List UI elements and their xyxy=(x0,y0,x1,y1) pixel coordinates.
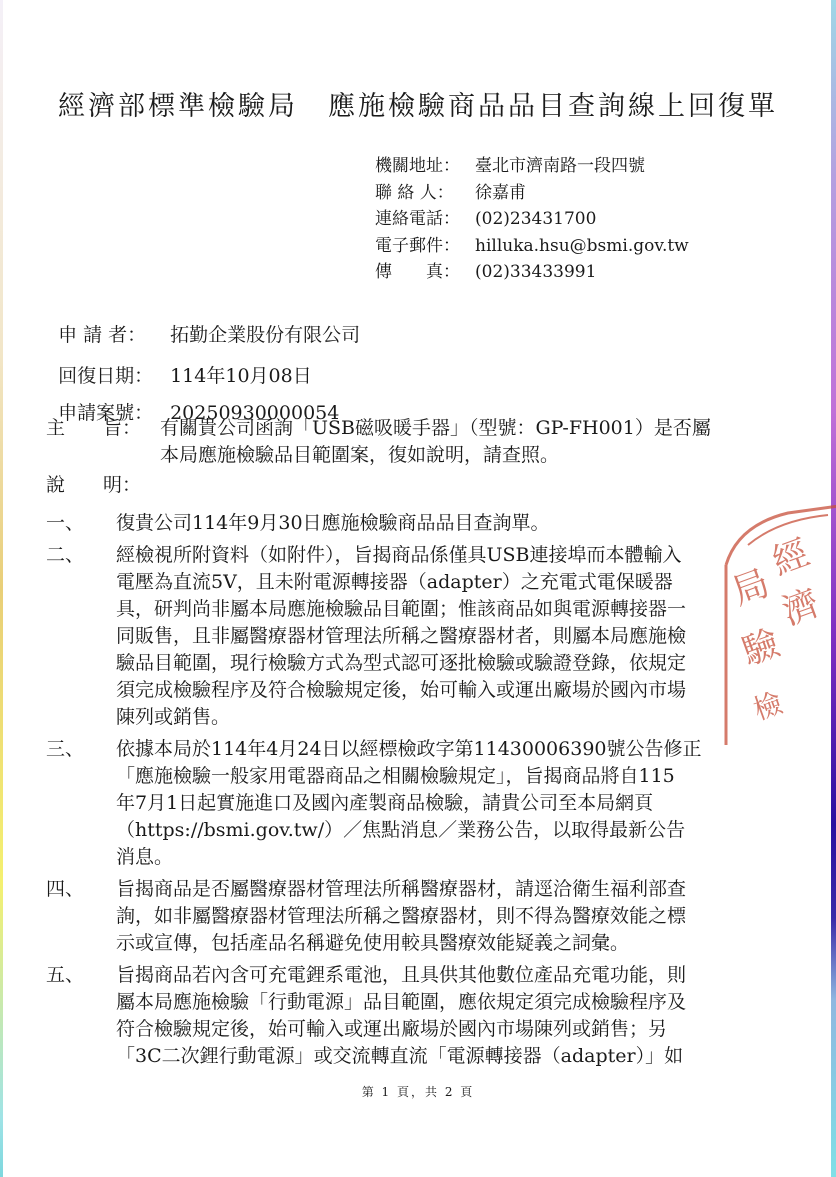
contact-block: 機關地址： 臺北市濟南路一段四號 聯 絡 人： 徐嘉甫 連絡電話： (02)23… xyxy=(375,153,689,286)
item-line: （https://bsmi.gov.tw/）／焦點消息／業務公告，以取得最新公告 xyxy=(116,817,796,844)
subject-line: 有關貴公司函詢「USB磁吸暖手器」（型號：GP-FH001）是否屬 xyxy=(160,415,790,442)
item-line: 旨揭商品若內含可充電鋰系電池，且具供其他數位產品充電功能，則 xyxy=(116,962,796,989)
item-number: 五、 xyxy=(46,962,116,1070)
contact-value: 徐嘉甫 xyxy=(475,180,526,207)
subject-line: 本局應施檢驗品目範圍案，復如說明，請查照。 xyxy=(160,442,790,469)
contact-value: hilluka.hsu@bsmi.gov.tw xyxy=(475,233,689,260)
right-edge-gradient xyxy=(831,0,836,1177)
item-line: 消息。 xyxy=(116,844,796,871)
contact-value: (02)23431700 xyxy=(475,206,596,233)
document-title: 經濟部標準檢驗局 應施檢驗商品品目查詢線上回復單 xyxy=(0,84,836,123)
item-number: 四、 xyxy=(46,876,116,957)
item-line: 示或宣傳，包括產品名稱避免使用較具醫療效能疑義之詞彙。 xyxy=(116,930,796,957)
item-line: 復貴公司114年9月30日應施檢驗商品品目查詢單。 xyxy=(116,510,796,537)
contact-label: 電子郵件： xyxy=(375,233,475,260)
page-footer: 第 1 頁，共 2 頁 xyxy=(0,1083,836,1100)
item-line: 旨揭商品是否屬醫療器材管理法所稱醫療器材，請逕洽衛生福利部查 xyxy=(116,876,796,903)
item-line: 電壓為直流5V，且未附電源轉接器（adapter）之充電式電保暖器 xyxy=(116,569,796,596)
item-number: 一、 xyxy=(46,510,116,537)
item-line: 「3C二次鋰行動電源」或交流轉直流「電源轉接器（adapter）」如 xyxy=(116,1043,796,1070)
item-line: 依據本局於114年4月24日以經標檢政字第11430006390號公告修正 xyxy=(116,736,796,763)
item-line: 年7月1日起實施進口及國內產製商品檢驗，請貴公司至本局網頁 xyxy=(116,790,796,817)
explanation-item-3: 三、 依據本局於114年4月24日以經標檢政字第11430006390號公告修正… xyxy=(46,736,806,871)
contact-value: 臺北市濟南路一段四號 xyxy=(475,153,645,180)
contact-value: (02)33433991 xyxy=(475,259,596,286)
subject-body: 有關貴公司函詢「USB磁吸暖手器」（型號：GP-FH001）是否屬 本局應施檢驗… xyxy=(160,415,790,469)
contact-phone: 連絡電話： (02)23431700 xyxy=(375,206,689,233)
item-line: 符合檢驗規定後，始可輸入或運出廠場於國內市場陳列或銷售；另 xyxy=(116,1016,796,1043)
item-number: 二、 xyxy=(46,542,116,731)
contact-person: 聯 絡 人： 徐嘉甫 xyxy=(375,180,689,207)
item-line: 屬本局應施檢驗「行動電源」品目範圍，應依規定須完成檢驗程序及 xyxy=(116,989,796,1016)
explanation-item-5: 五、 旨揭商品若內含可充電鋰系電池，且具供其他數位產品充電功能，則 屬本局應施檢… xyxy=(46,962,806,1070)
contact-label: 傳 真： xyxy=(375,259,475,286)
contact-label: 連絡電話： xyxy=(375,206,475,233)
item-line: 同販售，且非屬醫療器材管理法所稱之醫療器材者，則屬本局應施檢 xyxy=(116,623,796,650)
item-line: 具，研判尚非屬本局應施檢驗品目範圍；惟該商品如與電源轉接器一 xyxy=(116,596,796,623)
explanation-item-1: 一、 復貴公司114年9月30日應施檢驗商品品目查詢單。 xyxy=(46,510,806,537)
item-line: 陳列或銷售。 xyxy=(116,704,796,731)
left-edge-gradient xyxy=(0,0,3,1177)
explanation-item-4: 四、 旨揭商品是否屬醫療器材管理法所稱醫療器材，請逕洽衛生福利部查 詢，如非屬醫… xyxy=(46,876,806,957)
explanation-item-2: 二、 經檢視所附資料（如附件），旨揭商品係僅具USB連接埠而本體輸入 電壓為直流… xyxy=(46,542,806,731)
item-number: 三、 xyxy=(46,736,116,871)
explanation-label: 說 明： xyxy=(46,470,141,497)
contact-address: 機關地址： 臺北市濟南路一段四號 xyxy=(375,153,689,180)
contact-label: 機關地址： xyxy=(375,153,475,180)
item-line: 驗品目範圍，現行檢驗方式為型式認可逐批檢驗或驗證登錄，依規定 xyxy=(116,650,796,677)
subject-label: 主 旨： xyxy=(46,415,160,469)
subject-block: 主 旨： 有關貴公司函詢「USB磁吸暖手器」（型號：GP-FH001）是否屬 本… xyxy=(46,415,790,469)
contact-fax: 傳 真： (02)33433991 xyxy=(375,259,689,286)
explanation-list: 一、 復貴公司114年9月30日應施檢驗商品品目查詢單。 二、 經檢視所附資料（… xyxy=(46,510,806,1075)
contact-label: 聯 絡 人： xyxy=(375,180,475,207)
item-line: 詢，如非屬醫療器材管理法所稱之醫療器材，則不得為醫療效能之標 xyxy=(116,903,796,930)
contact-email: 電子郵件： hilluka.hsu@bsmi.gov.tw xyxy=(375,233,689,260)
item-line: 「應施檢驗一般家用電器商品之相關檢驗規定」，旨揭商品將自115 xyxy=(116,763,796,790)
item-line: 須完成檢驗程序及符合檢驗規定後，始可輸入或運出廠場於國內市場 xyxy=(116,677,796,704)
item-line: 經檢視所附資料（如附件），旨揭商品係僅具USB連接埠而本體輸入 xyxy=(116,542,796,569)
